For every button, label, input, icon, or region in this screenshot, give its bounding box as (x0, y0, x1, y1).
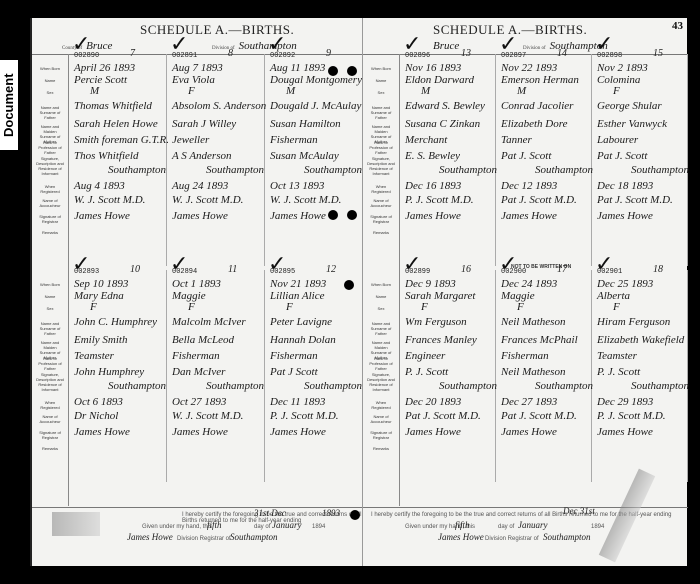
field-when-born: Nov 21 1893 (270, 278, 326, 290)
binding-hole (328, 66, 338, 76)
row-label: Remarks (367, 230, 395, 235)
field-father: John C. Humphrey (74, 316, 157, 328)
field-mother: Bella McLeod (172, 334, 234, 346)
row-label: Signature of Registrar (36, 430, 64, 440)
field-mother: Elizabeth Dore (501, 118, 568, 130)
row-label: Name and Surname of Father (36, 321, 64, 336)
field-sex: F (188, 85, 195, 97)
field-rank: Fisherman (501, 350, 549, 362)
field-registrar: James Howe (501, 210, 557, 222)
sequence-number: 10 (130, 264, 140, 275)
row-label: Signature of Registrar (367, 430, 395, 440)
field-mother: Sarah J Willey (172, 118, 236, 130)
sequence-number: 13 (461, 48, 471, 59)
field-accoucheur: P. J. Scott M.D. (270, 410, 339, 422)
field-name: Dougal Montgomery (270, 74, 362, 86)
row-label: Rank or Profession of Father (36, 140, 64, 155)
field-informant: Susan McAulay (270, 150, 339, 162)
row-label: Signature of Registrar (36, 214, 64, 224)
field-rank: Engineer (405, 350, 445, 362)
row-label: Name of Accoucheur (367, 414, 395, 424)
registration-number: 002896 (405, 52, 430, 60)
registration-number: 002893 (74, 268, 99, 276)
row-label: Name and Surname of Father (36, 105, 64, 120)
birth-entry: ✓00289815Nov 2 1893ColominaFGeorge Shula… (591, 54, 688, 266)
binding-hole (347, 210, 357, 220)
registration-number: 002898 (597, 52, 622, 60)
field-registered: Dec 20 1893 (405, 396, 461, 408)
field-father: Neil Matheson (501, 316, 565, 328)
field-sex: F (613, 301, 620, 313)
field-when-born: Dec 24 1893 (501, 278, 557, 290)
field-accoucheur: P. J. Scott M.D. (597, 410, 666, 422)
field-mother: Frances Manley (405, 334, 477, 346)
registration-number: 002892 (270, 52, 295, 60)
row-label: When Registered (36, 400, 64, 410)
birth-entry: ✓0028907April 26 1893Percie ScottMThomas… (68, 54, 167, 266)
field-informant-residence: Southampton (108, 380, 166, 392)
field-registrar: James Howe (597, 426, 653, 438)
field-registrar: James Howe (270, 210, 326, 222)
row-label: When Born (367, 282, 395, 287)
field-registrar: James Howe (74, 426, 130, 438)
row-label: Name and Surname of Father (367, 321, 395, 336)
field-name: Emerson Herman (501, 74, 579, 86)
field-when-born: Oct 1 1893 (172, 278, 221, 290)
field-informant: Dan McIver (172, 366, 225, 378)
field-accoucheur: P. J. Scott M.D. (405, 194, 474, 206)
field-informant: Pat J. Scott (597, 150, 647, 162)
field-informant-residence: Southampton (108, 164, 166, 176)
row-label: Sex (367, 90, 395, 95)
row-label: When Born (36, 282, 64, 287)
field-accoucheur: W. J. Scott M.D. (172, 410, 243, 422)
row-label: When Registered (36, 184, 64, 194)
registration-number: 002891 (172, 52, 197, 60)
field-informant-residence: Southampton (439, 164, 497, 176)
sequence-number: 14 (557, 48, 567, 59)
row-label: Remarks (367, 446, 395, 451)
row-label: Remarks (36, 230, 64, 235)
field-rank: Merchant (405, 134, 447, 146)
sequence-number: 12 (326, 264, 336, 275)
field-rank: Teamster (597, 350, 637, 362)
field-registered: Dec 11 1893 (270, 396, 325, 408)
field-informant: Pat J. Scott (501, 150, 551, 162)
field-informant: Neil Matheson (501, 366, 565, 378)
field-rank: Smith foreman G.T.R. (74, 134, 169, 146)
field-mother: Susan Hamilton (270, 118, 341, 130)
field-mother: Elizabeth Wakefield (597, 334, 684, 346)
register-page: 43 SCHEDULE A.—BIRTHS. County ofBruce Di… (30, 18, 687, 566)
field-informant: P. J. Scott (405, 366, 448, 378)
registration-number: 002895 (270, 268, 295, 276)
field-registered: Oct 6 1893 (74, 396, 123, 408)
field-father: Dougald J. McAulay (270, 100, 361, 112)
field-registrar: James Howe (172, 210, 228, 222)
county-value: Bruce (433, 40, 459, 52)
field-sex: M (90, 85, 99, 97)
field-mother: Esther Vanwyck (597, 118, 667, 130)
field-mother: Frances McPhail (501, 334, 578, 346)
field-mother: Emily Smith (74, 334, 127, 346)
field-informant-residence: Southampton (206, 164, 264, 176)
registration-number: 002901 (597, 268, 622, 276)
field-informant-residence: Southampton (439, 380, 497, 392)
field-sex: F (613, 85, 620, 97)
field-accoucheur: Dr Nichol (74, 410, 118, 422)
row-label: Signature, Description and Residence of … (36, 372, 64, 392)
field-informant: Pat J Scott (270, 366, 318, 378)
field-informant-residence: Southampton (631, 164, 689, 176)
birth-entry: ✓00289310Sep 10 1893Mary EdnaFJohn C. Hu… (68, 270, 167, 482)
birth-entry: ✓00289512Nov 21 1893Lillian AliceFPeter … (264, 270, 363, 482)
field-when-born: Sep 10 1893 (74, 278, 128, 290)
field-registered: Aug 4 1893 (74, 180, 125, 192)
field-sex: F (517, 301, 524, 313)
sequence-number: 9 (326, 48, 331, 59)
row-label: Signature, Description and Residence of … (36, 156, 64, 176)
field-registrar: James Howe (501, 426, 557, 438)
birth-entry: ✓00289613Nov 16 1893Eldon DarwardMEdward… (399, 54, 496, 266)
field-when-born: Aug 11 1893 (270, 62, 325, 74)
sequence-number: 18 (653, 264, 663, 275)
field-rank: Fisherman (270, 134, 318, 146)
field-father: Peter Lavigne (270, 316, 332, 328)
field-registered: Oct 27 1893 (172, 396, 226, 408)
binding-hole (350, 510, 360, 520)
sequence-number: 16 (461, 264, 471, 275)
row-label: When Born (367, 66, 395, 71)
field-name: Eldon Darward (405, 74, 474, 86)
field-informant: P. J. Scott (597, 366, 640, 378)
row-label: Rank or Profession of Father (36, 356, 64, 371)
field-informant-residence: Southampton (535, 380, 593, 392)
field-informant-residence: Southampton (304, 380, 362, 392)
field-registered: Dec 12 1893 (501, 180, 557, 192)
field-accoucheur: Pat J. Scott M.D. (501, 194, 577, 206)
row-label: Name of Accoucheur (36, 414, 64, 424)
certification-footer: I hereby certify the foregoing to be the… (363, 507, 688, 566)
field-informant-residence: Southampton (535, 164, 593, 176)
row-label: When Born (36, 66, 64, 71)
field-informant: A S Anderson (172, 150, 232, 162)
field-registered: Dec 27 1893 (501, 396, 557, 408)
field-when-born: Aug 7 1893 (172, 62, 223, 74)
scan-edge (0, 178, 32, 338)
field-informant-residence: Southampton (631, 380, 689, 392)
field-father: Edward S. Bewley (405, 100, 485, 112)
row-label: Sex (36, 306, 64, 311)
row-label: Name (36, 78, 64, 83)
field-rank: Fisherman (172, 350, 220, 362)
row-label: Rank or Profession of Father (367, 140, 395, 155)
sequence-number: 11 (228, 264, 237, 275)
certification-footer: I hereby certify the foregoing to be the… (32, 507, 362, 566)
field-father: Wm Ferguson (405, 316, 467, 328)
registration-number: 002894 (172, 268, 197, 276)
birth-entry: ✓00289411Oct 1 1893MaggieFMalcolm McIver… (166, 270, 265, 482)
registration-number: 002890 (74, 52, 99, 60)
field-rank: Jeweller (172, 134, 209, 146)
field-name: Mary Edna (74, 290, 124, 302)
birth-entry: ✓0028929Aug 11 1893Dougal MontgomeryMDou… (264, 54, 363, 266)
binding-hole (328, 210, 338, 220)
registration-number: 002900 (501, 268, 526, 276)
field-registrar: James Howe (74, 210, 130, 222)
field-mother: Sarah Helen Howe (74, 118, 158, 130)
row-labels: When BornNameSexName and Surname of Fath… (32, 54, 69, 506)
field-when-born: Dec 9 1893 (405, 278, 456, 290)
row-label: Name (36, 294, 64, 299)
field-sex: M (517, 85, 526, 97)
field-registrar: James Howe (270, 426, 326, 438)
field-when-born: April 26 1893 (74, 62, 135, 74)
sequence-number: 15 (653, 48, 663, 59)
row-label: Rank or Profession of Father (367, 356, 395, 371)
field-sex: M (421, 85, 430, 97)
binding-hole (347, 66, 357, 76)
binding-hole (344, 280, 354, 290)
registration-number: 002897 (501, 52, 526, 60)
field-sex: F (188, 301, 195, 313)
field-informant: John Humphrey (74, 366, 144, 378)
sequence-number: 7 (130, 48, 135, 59)
field-accoucheur: Pat J. Scott M.D. (501, 410, 577, 422)
field-name: Percie Scott (74, 74, 127, 86)
field-father: Thomas Whitfield (74, 100, 152, 112)
field-informant-residence: Southampton (206, 380, 264, 392)
field-registered: Oct 13 1893 (270, 180, 324, 192)
sequence-number: 8 (228, 48, 233, 59)
row-label: Name (367, 78, 395, 83)
field-rank: Tanner (501, 134, 532, 146)
field-rank: Teamster (74, 350, 114, 362)
field-registered: Dec 18 1893 (597, 180, 653, 192)
row-label: When Registered (367, 400, 395, 410)
birth-entry: ✓00289916Dec 9 1893Sarah MargaretFWm Fer… (399, 270, 496, 482)
row-label: Name of Accoucheur (36, 198, 64, 208)
field-mother: Susana C Zinkan (405, 118, 480, 130)
field-informant: Thos Whitfield (74, 150, 138, 162)
birth-entry: ✓00289714Nov 22 1893Emerson HermanMConra… (495, 54, 592, 266)
row-label: Name of Accoucheur (367, 198, 395, 208)
field-when-born: Nov 22 1893 (501, 62, 557, 74)
field-when-born: Dec 25 1893 (597, 278, 653, 290)
row-label: Signature of Registrar (367, 214, 395, 224)
birth-entry: ✓00290017Dec 24 1893MaggieFNeil Matheson… (495, 270, 592, 482)
field-mother: Hannah Dolan (270, 334, 336, 346)
field-registered: Aug 24 1893 (172, 180, 228, 192)
field-registrar: James Howe (172, 426, 228, 438)
field-name: Lillian Alice (270, 290, 325, 302)
sequence-number: 17 (557, 264, 567, 275)
field-informant: E. S. Bewley (405, 150, 460, 162)
left-half: SCHEDULE A.—BIRTHS. County ofBruce Divis… (32, 18, 362, 566)
birth-entry: ✓00290118Dec 25 1893AlbertaFHiram Fergus… (591, 270, 688, 482)
field-registrar: James Howe (597, 210, 653, 222)
field-sex: F (90, 301, 97, 313)
side-tab-label: Document (0, 60, 18, 150)
field-rank: Labourer (597, 134, 638, 146)
field-father: Absolom S. Anderson (172, 100, 266, 112)
field-father: George Shular (597, 100, 662, 112)
county-header: Bruce (433, 40, 459, 52)
field-registrar: James Howe (405, 210, 461, 222)
field-rank: Fisherman (270, 350, 318, 362)
field-father: Malcolm McIver (172, 316, 246, 328)
field-registered: Dec 16 1893 (405, 180, 461, 192)
row-label: Sex (367, 306, 395, 311)
field-accoucheur: W. J. Scott M.D. (74, 194, 145, 206)
field-sex: F (421, 301, 428, 313)
row-label: Remarks (36, 446, 64, 451)
row-label: Signature, Description and Residence of … (367, 372, 395, 392)
row-label: When Registered (367, 184, 395, 194)
row-labels: When BornNameSexName and Surname of Fath… (363, 54, 400, 506)
row-label: Name and Surname of Father (367, 105, 395, 120)
field-name: Sarah Margaret (405, 290, 475, 302)
field-accoucheur: W. J. Scott M.D. (172, 194, 243, 206)
field-accoucheur: Pat J. Scott M.D. (405, 410, 481, 422)
field-sex: M (286, 85, 295, 97)
right-half: SCHEDULE A.—BIRTHS. Bruce Division ofSou… (362, 18, 688, 566)
field-registrar: James Howe (405, 426, 461, 438)
row-label: Name (367, 294, 395, 299)
field-father: Hiram Ferguson (597, 316, 670, 328)
field-father: Conrad Jacolier (501, 100, 573, 112)
field-when-born: Nov 2 1893 (597, 62, 648, 74)
birth-entry: ✓0028918Aug 7 1893Eva ViolaFAbsolom S. A… (166, 54, 265, 266)
row-label: Sex (36, 90, 64, 95)
registration-number: 002899 (405, 268, 430, 276)
field-sex: F (286, 301, 293, 313)
field-when-born: Nov 16 1893 (405, 62, 461, 74)
field-informant-residence: Southampton (304, 164, 362, 176)
row-label: Signature, Description and Residence of … (367, 156, 395, 176)
field-registered: Dec 29 1893 (597, 396, 653, 408)
field-accoucheur: Pat J. Scott M.D. (597, 194, 673, 206)
field-accoucheur: W. J. Scott M.D. (270, 194, 341, 206)
